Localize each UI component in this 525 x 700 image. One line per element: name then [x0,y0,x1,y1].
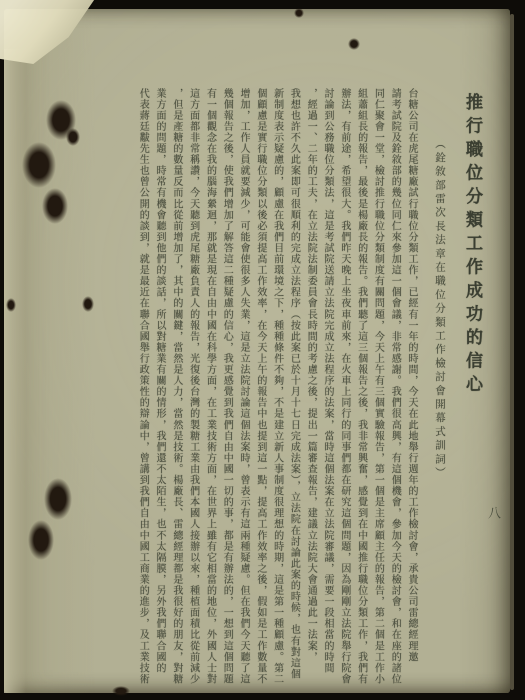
page-edge [4,49,26,693]
ink-stain [82,296,94,312]
article-subtitle: （銓敘部雷次長法章在職位分類工作檢討會開幕式訓詞） [431,138,447,490]
body-column: 同仁聚會一堂，檢討推行職位分類制度有關問題，今天上午有三個實驗報告，第一個是主席… [369,88,386,692]
ink-stain [6,298,16,312]
body-column: 我想也許不久此案即可很順利的完成立法程序（按此案已於十月十七日完成法案），立法院… [285,88,302,692]
body-column: ，經過一、二年的工夫，在立法院法制委員會長時間的考慮之後，提出一篇審查報告，建議… [301,88,318,692]
ink-stain [44,478,72,520]
ink-stain [66,128,80,146]
body-column: 組蕭組長的報告，最後是楊廠長的報告。我們聽了這三個報告之後，我非常興奮，感覺到在… [352,88,369,692]
body-column: 代表蔣廷黻先生也曾公開的談到，就是最近在聯合國舉行政策性的辯論中，曾講到我們自由… [133,88,150,692]
article-title: 推行職位分類工作成功的信心 [459,93,485,413]
body-column: 增加，工作人員就要減少，可能會使很多人失業，這是立法院討論這個法案時，曾表示有這… [234,88,251,692]
article-body: 台糖公司在虎尾糖廠試行職位分類工作，已經有一年的時間，今天在此地舉行週年的工作檢… [133,88,419,692]
ink-stain [112,686,130,696]
page-number: 八 [484,506,503,519]
book-photo: 推行職位分類工作成功的信心 （銓敘部雷次長法章在職位分類工作檢討會開幕式訓詞） … [0,0,525,700]
body-column: 新制度表示疑慮的，顧慮在我們目前環境之下，種種條件不夠，不是建立新人事制度很理想… [268,88,285,692]
body-column: 討論到公務職位分類法，這是考試院送請立法院完成立法程序的法案，當時這個法案在立法… [318,88,335,692]
body-column: 請考試院及銓敘部的幾位同仁來參加這一個會議，非常感謝。我們很高興，有這個機會，參… [385,88,402,692]
ink-stain [42,188,68,224]
body-column: 台糖公司在虎尾糖廠試行職位分類工作，已經有一年的時間，今天在此地舉行週年的工作檢… [402,88,419,692]
body-column: 幾個報告之後，使我們增加了解答這二種疑慮的信心，我更感覺到我們自由中國一切的事，… [217,88,234,692]
body-column: ，但是產糖的數量反而比從前增加了，其中的關鍵，當然是人力，當然是技術。楊廠長、雷… [167,88,184,692]
body-column: 個顧慮是實行職位分類以後必須提高工作效率，在今天上午的報告中也提到這一點，提高工… [251,88,268,692]
page-stack-edge [510,14,514,690]
body-column: 業方面的問題，時常有機會聽到他們的談話，所以對糖業有關的情形，我們還不太陌生，也… [150,88,167,692]
body-column: 辦法，有前途，希望很大。我們昨天晚上坐夜車前來，在火車上同行的同事們都在研究這個… [335,88,352,692]
body-column: 有一個觀念在我的腦海縈迴，那就是現在自由中國在科學方面，在工業技術方面，在世界上… [201,88,218,692]
ink-stain [22,142,56,188]
body-column: 這方面都非常稱讚，今天聽到虎尾糖廠負責人的報告，光復後台灣的製糖工業由我們本國人… [184,88,201,692]
ink-stain [294,8,304,18]
ink-stain [348,38,360,50]
ink-stain [28,520,54,560]
